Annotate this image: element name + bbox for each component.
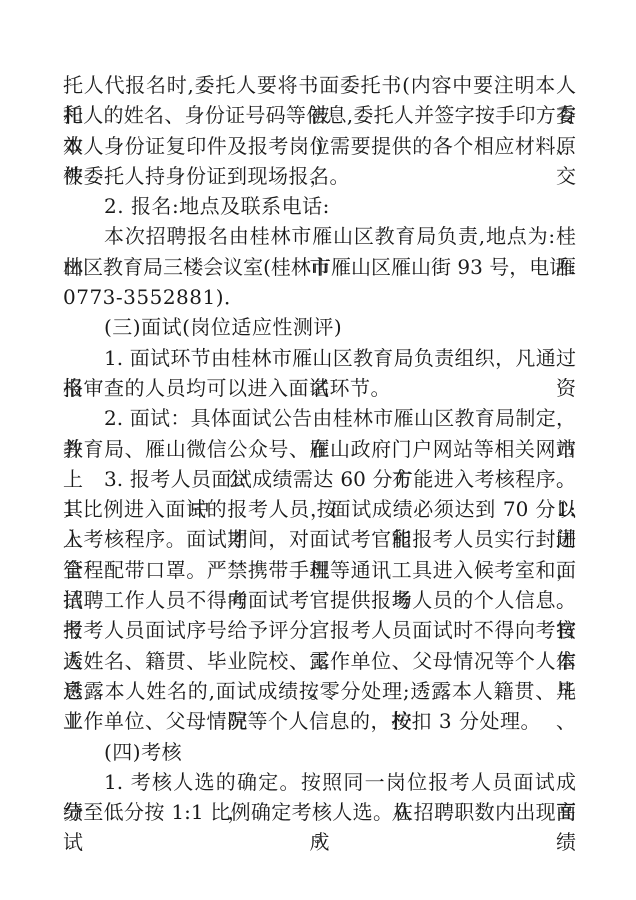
- text-line: 1 比例进入面试的报考人员，面试成绩必须达到 70 分以上才能进: [63, 494, 576, 524]
- text-line: 1. 考核人选的确定。按照同一岗位报考人员面试成绩，从高: [63, 767, 576, 797]
- text-line: 本次招聘报名由桂林市雁山区教育局负责,地点为:桂林市雁: [63, 221, 576, 251]
- text-line: 分至低分按 1:1 比例确定考核人选。在招聘职数内出现面试成绩: [63, 797, 576, 827]
- text-line: 全程配带口罩。严禁携带手机等通讯工具进入候考室和面试考场。: [63, 555, 576, 585]
- text-line: 本人身份证复印件及报考岗位需要提供的各个相应材料原件，交: [63, 131, 576, 161]
- document-body: 托人代报名时,委托人要将书面委托书(内容中要注明本人和被委托人的姓名、身份证号码…: [63, 70, 576, 827]
- text-line: (四)考核: [63, 737, 576, 767]
- document-page: 托人代报名时,委托人要将书面委托书(内容中要注明本人和被委托人的姓名、身份证号码…: [0, 0, 636, 900]
- text-line: 人姓名、籍贯、毕业院校、工作单位、父母情况等个人信息。凡: [63, 646, 576, 676]
- text-line: 山区教育局三楼会议室(桂林市雁山区雁山街 93 号，电话:: [63, 252, 576, 282]
- text-line: 报考人员面试序号给予评分。报考人员面试时不得向考官透露本: [63, 615, 576, 645]
- text-line: 透露本人姓名的,面试成绩按零分处理;透露本人籍贯、毕业院校、: [63, 676, 576, 706]
- text-line: 托人的姓名、身份证号码等信息,委托人并签字按手印方有效)、: [63, 100, 576, 130]
- page-number: 5: [0, 832, 636, 846]
- text-line: 工作单位、父母情况等个人信息的，按扣 3 分处理。: [63, 706, 576, 736]
- text-line: (三)面试(岗位适应性测评): [63, 312, 576, 342]
- text-line: 2. 报名:地点及联系电话:: [63, 191, 576, 221]
- text-line: 1. 面试环节由桂林市雁山区教育局负责组织，凡通过报名资: [63, 343, 576, 373]
- text-line: 入考核程序。面试期间，对面试考官和报考人员实行封闭管理，: [63, 524, 576, 554]
- text-line: 托人代报名时,委托人要将书面委托书(内容中要注明本人和被委: [63, 70, 576, 100]
- text-line: 3. 报考人员面试成绩需达 60 分方能进入考核程序。其中按 1:: [63, 464, 576, 494]
- text-line: 0773-3552881)．: [63, 282, 576, 312]
- text-line: 教育局、雁山微信公众号、雁山政府门户网站等相关网站上公布。: [63, 434, 576, 464]
- text-line: 2. 面试：具体面试公告由桂林市雁山区教育局制定，并在市: [63, 403, 576, 433]
- text-line: 招聘工作人员不得向面试考官提供报考人员的个人信息。考官按: [63, 585, 576, 615]
